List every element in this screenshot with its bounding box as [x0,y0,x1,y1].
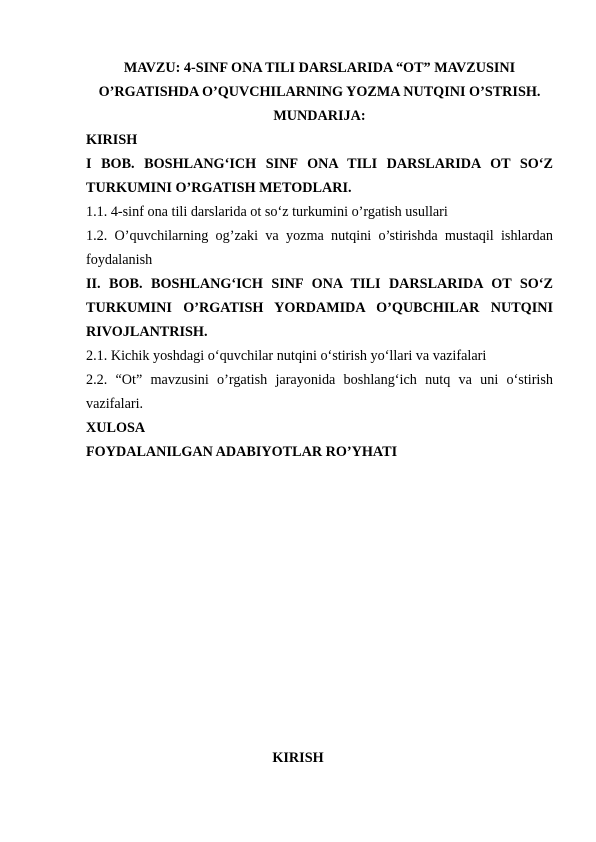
document-title-line-1: MAVZU: 4-SINF ONA TILI DARSLARIDA “OT” M… [86,56,553,80]
document-title-line-2: O’RGATISHDA O’QUVCHILARNING YOZMA NUTQIN… [86,80,553,104]
toc-item-2-2-line-2: vazifalari. [86,392,553,416]
toc-item-2-2-line-1: 2.2. “Ot” mavzusini o’rgatish jarayonida… [86,368,553,392]
toc-item-chapter-2-line-2: TURKUMINI O’RGATISH YORDAMIDA O’QUBCHILA… [86,296,553,320]
toc-item-chapter-1-line-2: TURKUMINI O’RGATISH METODLARI. [86,176,553,200]
toc-item-chapter-1-line-1: I BOB. BOSHLANG‘ICH SINF ONA TILI DARSLA… [86,152,553,176]
document-page: MAVZU: 4-SINF ONA TILI DARSLARIDA “OT” M… [86,56,553,464]
toc-heading: MUNDARIJA: [86,104,553,128]
toc-item-xulosa: XULOSA [86,416,553,440]
toc-item-1-2-line-2: foydalanish [86,248,553,272]
toc-item-references: FOYDALANILGAN ADABIYOTLAR RO’YHATI [86,440,553,464]
toc-item-1-2-line-1: 1.2. O’quvchilarning og’zaki va yozma nu… [86,224,553,248]
toc-item-1-1: 1.1. 4-sinf ona tili darslarida ot so‘z … [86,200,553,224]
section-heading-kirish: KIRISH [0,746,596,770]
toc-item-kirish: KIRISH [86,128,553,152]
toc-item-2-1: 2.1. Kichik yoshdagi o‘quvchilar nutqini… [86,344,553,368]
toc-item-chapter-2-line-1: II. BOB. BOSHLANG‘ICH SINF ONA TILI DARS… [86,272,553,296]
toc-item-chapter-2-line-3: RIVOJLANTRISH. [86,320,553,344]
